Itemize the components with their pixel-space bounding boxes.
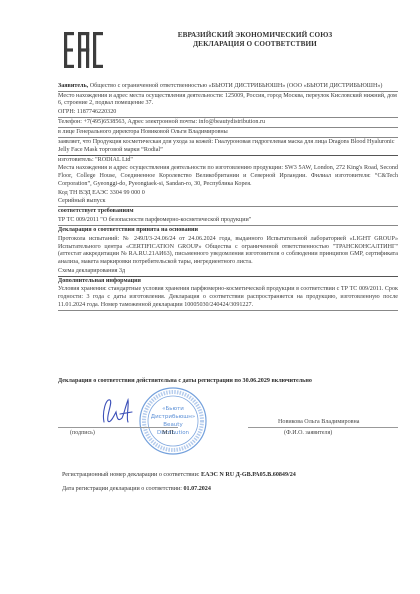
stamp-text-mid: Дистрибьюшн» [151,414,195,420]
stamp-caption: М.П. [162,429,175,436]
signature-line [58,427,178,428]
manufacturer-address: Места нахождения и адрес осуществления д… [58,165,398,188]
basis-label: Декларация о соответствии принята на осн… [58,227,398,235]
declaration-body: Заявитель, Общество с ограниченной ответ… [58,83,398,311]
signer-caption: (Ф.И.О. заявителя) [284,430,332,436]
requirements-value: ТР ТС 009/2011 "О безопасности парфюмерн… [58,217,398,226]
applicant-representative: в лице Генерального директора Новиковой … [58,129,398,138]
registration-date-label: Дата регистрации декларации о соответств… [62,486,182,492]
signature-icon [98,394,138,426]
applicant-label: Заявитель, [58,83,88,89]
company-stamp-icon: «Бьюти Дистрибьюшн» Beauty Distribution [138,386,208,456]
title-declaration: ДЕКЛАРАЦИЯ О СООТВЕТСТВИИ [150,40,360,49]
signer-name: Новикова Ольга Владимировна [278,419,359,425]
address-text: Место нахождения и адрес места осуществл… [58,93,397,107]
additional-info-label: Дополнительная информация [58,278,398,286]
applicant-name: Общество с ограниченной ответственностью… [88,83,382,89]
registration-block: Регистрационный номер декларации о соотв… [62,472,407,499]
registration-number: Регистрационный номер декларации о соотв… [62,472,407,480]
product-statement: заявляет, что Продукция косметическая дл… [58,139,398,156]
title-union: ЕВРАЗИЙСКИЙ ЭКОНОМИЧЕСКИЙ СОЮЗ [150,31,360,40]
release-type: Серийный выпуск [58,198,398,207]
registration-number-value: ЕАЭС N RU Д-GB.РА05.В.60849/24 [200,472,296,478]
applicant-address: Место нахождения и адрес места осуществл… [58,93,398,109]
applicant-row: Заявитель, Общество с ограниченной ответ… [58,83,398,92]
applicant-ogrn: ОГРН: 1187746220320 [58,109,398,118]
declaration-page: ЕВРАЗИЙСКИЙ ЭКОНОМИЧЕСКИЙ СОЮЗ ДЕКЛАРАЦИ… [0,0,420,594]
tn-ved-code: Код ТН ВЭД ЕАЭС 3304 99 000 0 [58,190,398,198]
registration-date-value: 01.07.2024 [182,486,211,492]
signer-name-line [248,427,398,428]
registration-number-label: Регистрационный номер декларации о соотв… [62,472,200,478]
applicant-contacts: Телефон: +7(495)6538563, Адрес электронн… [58,119,398,128]
eac-mark-icon [64,32,104,68]
document-title: ЕВРАЗИЙСКИЙ ЭКОНОМИЧЕСКИЙ СОЮЗ ДЕКЛАРАЦИ… [150,31,360,49]
manufacturer: изготовитель: "RODIAL Ltd" [58,157,398,165]
basis-value: Протокола испытаний: № 249Л/3-24.06/24 о… [58,236,398,267]
additional-info-value: Условия хранения: стандартные условия хр… [58,286,398,310]
validity-statement: Декларация о соответствии действительна … [58,378,398,386]
requirements-label: соответствует требованиям [58,208,398,216]
registration-date: Дата регистрации декларации о соответств… [62,486,407,494]
signature-caption: (подпись) [70,430,95,436]
eac-logo [64,32,104,68]
stamp-text-top: «Бьюти [162,406,184,412]
declaration-scheme: Схема декларирования 3д [58,268,398,277]
signature-block: «Бьюти Дистрибьюшн» Beauty Distribution … [58,392,398,454]
